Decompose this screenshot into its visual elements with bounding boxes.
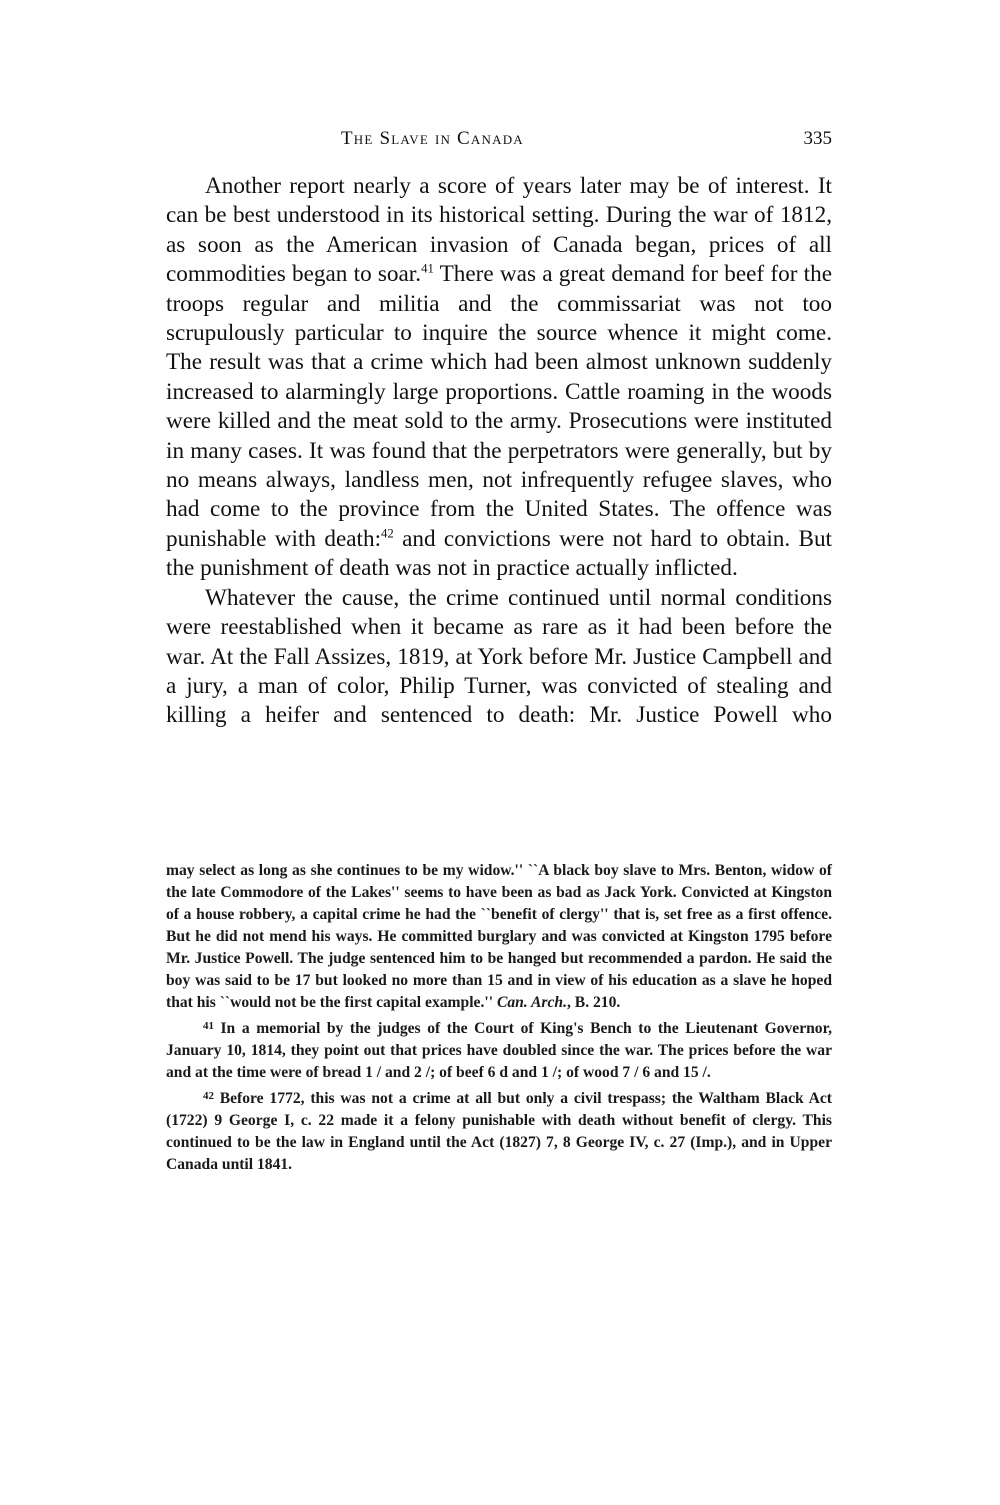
- paragraph-2-text: Whatever the cause, the crime continued …: [166, 585, 832, 729]
- footnote-ref-42[interactable]: 42: [381, 527, 394, 541]
- body-text: Another report nearly a score of years l…: [166, 172, 832, 731]
- running-head: The Slave in Canada 335: [166, 128, 832, 156]
- footnote-continued: may select as long as she continues to b…: [166, 860, 832, 1014]
- running-title: The Slave in Canada: [341, 128, 524, 150]
- citation-source: Can. Arch.: [497, 994, 567, 1011]
- footnote-number-42: 42: [203, 1090, 214, 1102]
- footnote-41: 41 In a memorial by the judges of the Co…: [166, 1018, 832, 1084]
- paragraph-1-text-b: There was a great demand for beef for th…: [166, 261, 832, 552]
- footnote-ref-41[interactable]: 41: [421, 262, 434, 276]
- footnote-continued-text: may select as long as she continues to b…: [166, 862, 832, 1011]
- page-number: 335: [804, 128, 833, 150]
- paragraph-2: Whatever the cause, the crime continued …: [166, 584, 832, 731]
- footnote-number-41: 41: [203, 1020, 214, 1032]
- footnote-42: 42 Before 1772, this was not a crime at …: [166, 1088, 832, 1176]
- footnote-42-text: Before 1772, this was not a crime at all…: [166, 1090, 832, 1173]
- paragraph-1: Another report nearly a score of years l…: [166, 172, 832, 584]
- footnotes: may select as long as she continues to b…: [166, 860, 832, 1180]
- citation-page: , B. 210.: [567, 994, 620, 1011]
- footnote-41-text: In a memorial by the judges of the Court…: [166, 1020, 832, 1081]
